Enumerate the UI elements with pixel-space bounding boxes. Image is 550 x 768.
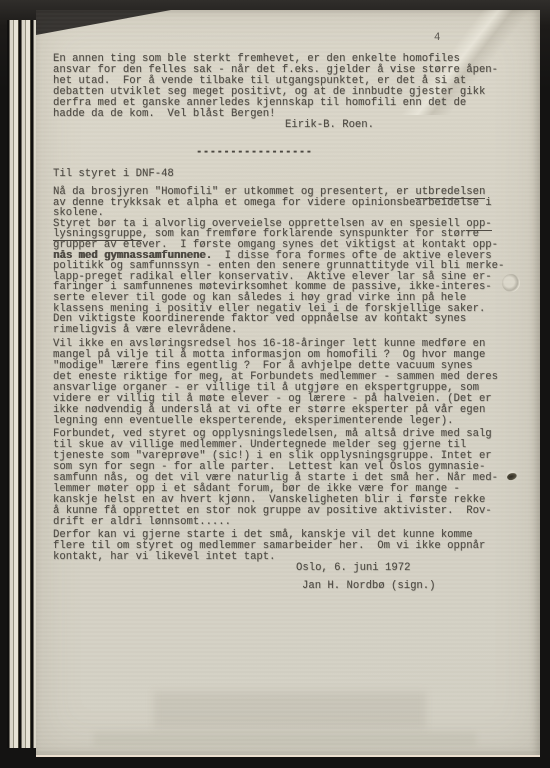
typewritten-text: En annen ting som ble sterkt fremhevet, … xyxy=(53,54,525,592)
ink-showthrough xyxy=(154,692,426,728)
first-letter-body: En annen ting som ble sterkt fremhevet, … xyxy=(53,54,525,120)
scan-frame: 4 En annen ting som ble sterkt fremhevet… xyxy=(0,0,550,768)
letter-paragraph-4: Derfor kan vi gjerne starte i det små, k… xyxy=(53,530,525,563)
page-corner-shadow xyxy=(36,10,171,35)
letter-paragraph-main: Nå da brosjyren "Homofili" er utkommet o… xyxy=(53,187,525,335)
date-line: Oslo, 6. juni 1972 xyxy=(53,563,525,574)
separator-line: ----------------- xyxy=(53,147,525,158)
scanned-page: 4 En annen ting som ble sterkt fremhevet… xyxy=(36,10,540,757)
first-letter-signature: Eirik-B. Roen. xyxy=(53,120,525,131)
book-page-edges xyxy=(7,20,38,748)
page-number: 4 xyxy=(434,32,440,44)
salutation: Til styret i DNF-48 xyxy=(53,169,525,180)
second-letter-signature: Jan H. Nordbø (sign.) xyxy=(53,581,525,592)
ink-showthrough xyxy=(94,732,476,746)
letter-paragraph-3: Forbundet, ved styret og opplysningslede… xyxy=(53,429,525,528)
letter-paragraph-2: Vil ikke en avsløringsredsel hos 16-18-å… xyxy=(53,339,525,427)
